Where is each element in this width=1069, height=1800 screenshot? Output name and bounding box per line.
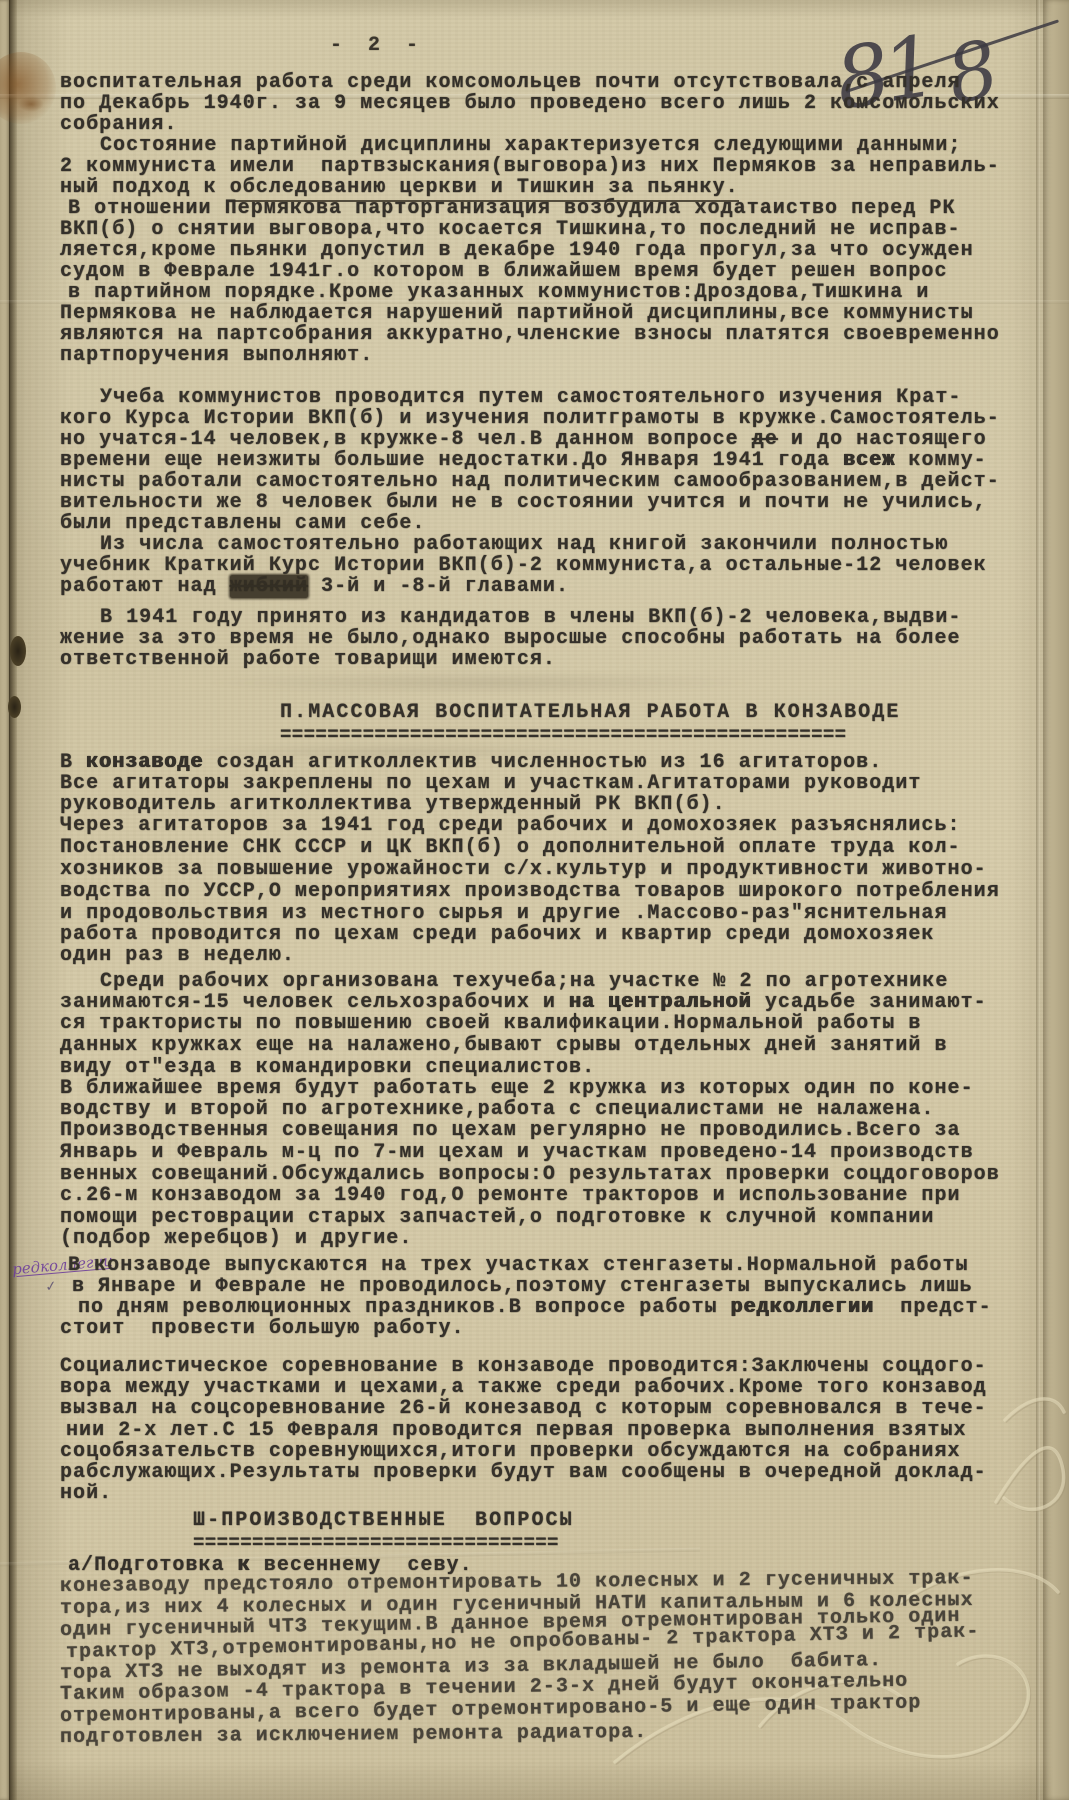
typed-text: но учатся-14 человек,в кружке-8 чел.В да… — [60, 428, 752, 451]
document-line: соцобязательств соревнующихся,итоги пров… — [60, 1442, 961, 1462]
document-line: Январь и Февраль м-ц по 7-ми цехам и уча… — [60, 1143, 974, 1163]
corrected-text: всеж — [843, 449, 895, 472]
document-line: партпоручения выполняют. — [60, 346, 373, 366]
corrected-text: де — [752, 428, 778, 451]
document-line: помощи рестоврации старых запчастей,о по… — [60, 1208, 934, 1228]
document-line: подготовлен за исключением ремонта радиа… — [60, 1723, 647, 1748]
scanned-page: - 2 - 81 8 редколлегии ✓ воспитательная … — [0, 0, 1069, 1800]
typed-text: В — [60, 751, 86, 774]
typed-text: усадьбе занимают- — [752, 991, 987, 1014]
paper-hole — [10, 636, 26, 666]
document-line: Из числа самостоятельно работающих над к… — [100, 535, 948, 555]
document-line: Состояние партийной дисциплины характери… — [100, 136, 961, 156]
document-line: венных совещаний.Обсуждались вопросы:О р… — [60, 1165, 1000, 1185]
document-line: по дням революционных праздников.В вопро… — [78, 1298, 992, 1318]
document-line: с.26-м конзаводом за 1940 год,О ремонте … — [60, 1186, 961, 1206]
document-line: Социалистическое соревнование в конзавод… — [60, 1357, 987, 1377]
typed-text: комму- — [895, 449, 986, 472]
typed-text: создан агитколлектив численностью из 16 … — [204, 751, 883, 774]
typed-text: работают над — [60, 575, 230, 598]
document-line: в партийном порядке.Кроме указанных комм… — [68, 283, 929, 303]
document-line: водству и второй по агротехнике,работа с… — [60, 1100, 934, 1120]
document-line: Все агитаторы закреплены по цехам и учас… — [60, 774, 921, 794]
document-line: Через агитаторов за 1941 год среди рабоч… — [60, 816, 961, 836]
corrected-text: редколлегии — [731, 1296, 875, 1319]
margin-checkmark: ✓ — [45, 1275, 57, 1296]
document-line: один раз в неделю. — [60, 946, 295, 966]
document-line: П.МАССОВАЯ ВОСПИТАТЕЛЬНАЯ РАБОТА В КОНЗА… — [280, 703, 901, 723]
document-line: были представлены сами себе. — [60, 514, 425, 534]
document-line: воспитательная работа среди комсомольцев… — [60, 73, 961, 93]
document-line: вительности же 8 человек были не в состо… — [60, 493, 987, 513]
corrected-text: конзаводе — [86, 751, 203, 774]
vertical-crease — [1036, 0, 1040, 1800]
document-line: виду от"езда в командировки специалистов… — [60, 1058, 595, 1078]
binding-shadow-line — [9, 0, 17, 1800]
document-line: и продовольствия из местного сырья и дру… — [60, 904, 948, 924]
typed-text: занимаются-15 человек сельхозрабочих и — [60, 991, 569, 1014]
next-page-edge — [1043, 0, 1069, 1800]
document-line: вора между участками и цехами,а также ср… — [60, 1378, 987, 1398]
document-line: но учатся-14 человек,в кружке-8 чел.В да… — [60, 430, 987, 450]
document-line: В конзаводе выпускаются на трех участках… — [68, 1256, 969, 1276]
document-line: Пермякова не наблюдается нарушений парти… — [60, 304, 974, 324]
document-line: Учеба коммунистов проводится путем самос… — [100, 388, 961, 408]
paper-hole — [8, 696, 21, 718]
document-line: В отношении Пермякова парторганизация во… — [68, 199, 956, 219]
document-line: нисты работали самостоятельно над полити… — [60, 472, 1000, 492]
corrected-text: на центральной — [569, 991, 752, 1014]
document-line: ляется,кроме пьянки допустил в декабре 1… — [60, 241, 974, 261]
document-line: нии 2-х лет.С 15 Февраля проводится перв… — [66, 1421, 967, 1441]
document-line: водства по УССР,О мероприятиях производс… — [60, 882, 1000, 902]
typed-text: 3-й и -8-й главами. — [308, 575, 569, 598]
ink-bleed-smudge — [200, 672, 760, 694]
document-line: Производственныя совещания по цехам регу… — [60, 1121, 961, 1141]
document-line: собрания. — [60, 115, 177, 135]
document-line: времени еще неизжиты большие недостатки.… — [60, 451, 987, 471]
document-line: В ближайшее время будут работать еще 2 к… — [60, 1079, 974, 1099]
page-number: - 2 - — [330, 36, 425, 56]
document-line: Среди рабочих организована техучеба;на у… — [100, 972, 948, 992]
document-line: руководитель агитколлектива утвержденный… — [60, 795, 726, 815]
typed-text: и до настоящего — [778, 428, 987, 451]
document-line: ВКП(б) о снятии выговора,что косается Ти… — [60, 220, 961, 240]
document-line: вызвал на соцсоревнование 26-й конезавод… — [60, 1399, 987, 1419]
document-line: по Декабрь 1940г. за 9 месяцев было пров… — [60, 94, 1000, 114]
rust-stain — [18, 96, 44, 112]
document-line: ответственной работе товарищи имеются. — [60, 650, 556, 670]
typed-text: времени еще неизжиты большие недостатки.… — [60, 449, 843, 472]
document-line: 2 коммуниста имели партвзыскания(выговор… — [60, 157, 1000, 177]
document-line: в Январе и Феврале не проводилось,поэтом… — [72, 1277, 973, 1297]
document-line: судом в Феврале 1941г.о котором в ближай… — [60, 262, 948, 282]
document-line: работают над жибкий 3-й и -8-й главами. — [60, 577, 569, 597]
document-line: ся трактористы по повышению своей квалиф… — [60, 1014, 921, 1034]
document-line: ный подход к обследованию церкви и Тишки… — [60, 178, 739, 198]
document-line: учебник Краткий Курс Истории ВКП(б)-2 ко… — [60, 556, 987, 576]
corrected-text: жибкий — [230, 575, 308, 598]
document-line: занимаются-15 человек сельхозрабочих и н… — [60, 993, 987, 1013]
document-line: кого Курса Истории ВКП(б) и изучения пол… — [60, 409, 1000, 429]
document-line: данных кружках еще на налажено,бывают ср… — [60, 1036, 948, 1056]
typed-text: предст- — [874, 1296, 991, 1319]
document-line: стоит провести большую работу. — [60, 1319, 465, 1339]
typed-text: ный подход к — [60, 176, 230, 199]
document-line: В 1941 году принято из кандидатов в член… — [100, 608, 961, 628]
document-line: являются на партсобрания аккуратно,членс… — [60, 325, 1000, 345]
document-line: =============================== — [193, 1533, 559, 1553]
document-line: Ш-ПРОИЗВОДСТВЕННЫЕ ВОПРОСЫ — [193, 1511, 574, 1531]
document-line: ========================================… — [280, 725, 847, 745]
document-line: В конзаводе создан агитколлектив численн… — [60, 753, 882, 773]
rust-stain — [0, 52, 56, 124]
document-line: Постановление СНК СССР и ЦК ВКП(б) о доп… — [60, 838, 961, 858]
document-line: (подбор жеребцов) и другие. — [60, 1229, 412, 1249]
document-line: жение за это время не было,однако выросш… — [60, 629, 961, 649]
document-line: хозников за повышение урожайности с/х.ку… — [60, 860, 987, 880]
document-line: рабслужающих.Результаты проверки будут в… — [60, 1463, 987, 1483]
document-line: работа проводится по цехам среди рабочих… — [60, 925, 934, 945]
typed-text: по дням революционных праздников.В вопро… — [78, 1296, 731, 1319]
document-line: ной. — [60, 1484, 112, 1504]
